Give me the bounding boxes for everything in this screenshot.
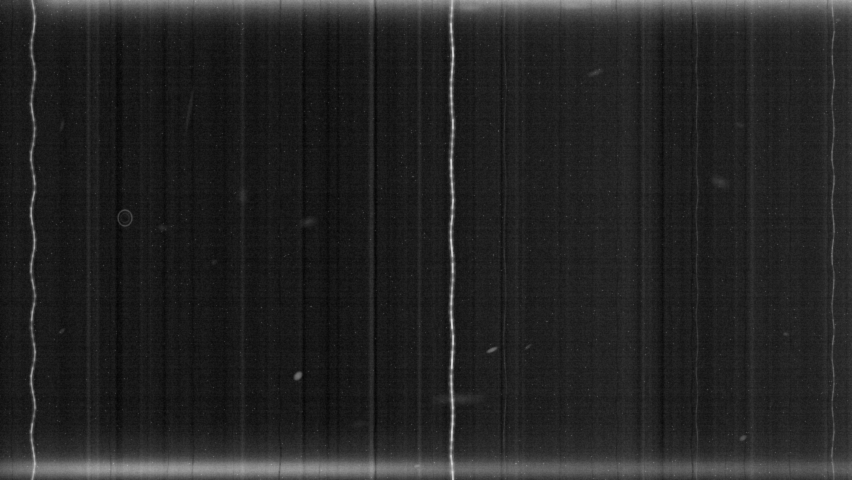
- film-still-frame: [0, 0, 852, 480]
- film-grain-texture-canvas: [0, 0, 852, 480]
